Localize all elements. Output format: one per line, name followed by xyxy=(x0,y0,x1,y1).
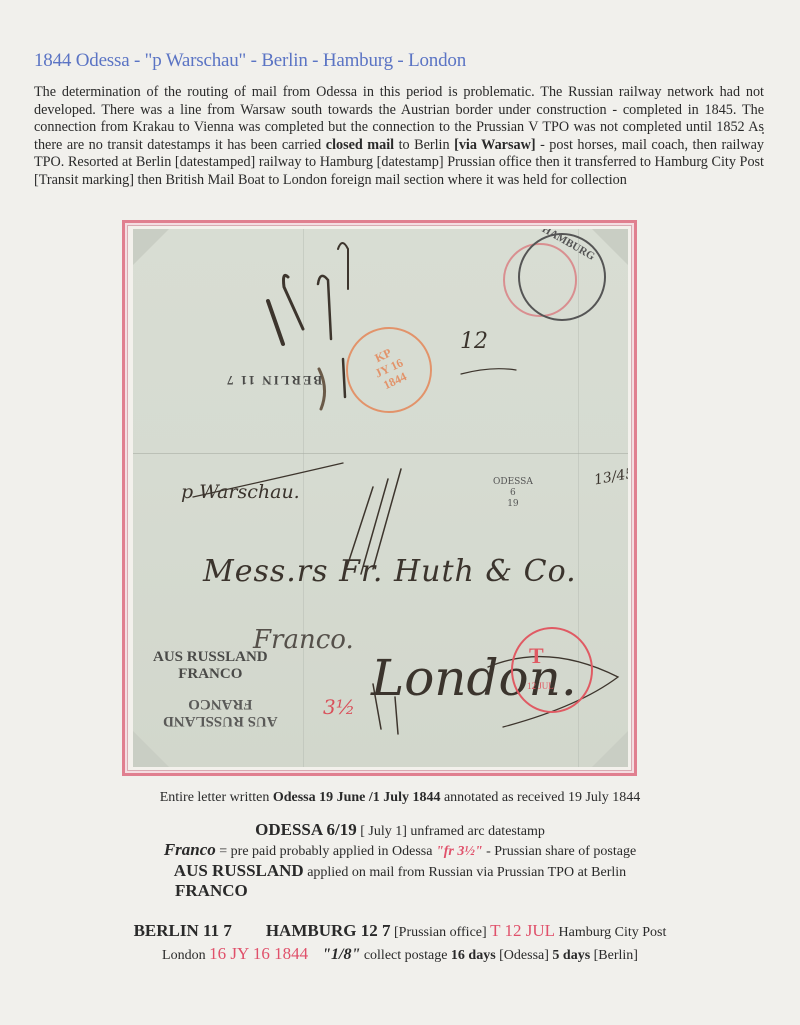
transit-stamp-date: 12 JUL xyxy=(527,681,554,691)
cap1-text-1: Entire letter written xyxy=(160,790,273,805)
berlin-datestamp: BERLIN 11 7 xyxy=(225,372,322,388)
odessa-arc-datestamp: ODESSA 6 19 xyxy=(493,477,533,510)
cap7-days-odessa: 16 days xyxy=(451,948,496,963)
caption-line-1: Entire letter written Odessa 19 June /1 … xyxy=(0,790,800,806)
aus-russland-inverted-handstamp: AUS RUSSLAND FRANCO xyxy=(163,695,278,729)
aus-russland-handstamp: AUS RUSSLAND FRANCO xyxy=(153,649,268,683)
hamburg-datestamp: HAMBURG xyxy=(518,233,606,321)
charge-annotation: 12 xyxy=(460,329,488,354)
odessa-stamp-day: 6 xyxy=(493,488,533,499)
cap7-days-berlin: 5 days xyxy=(552,948,590,963)
cap2-bold: ODESSA 6/19 xyxy=(255,820,357,839)
odessa-stamp-month: 19 xyxy=(493,499,533,510)
cap1-bold: Odessa 19 June /1 July 1844 xyxy=(273,790,441,805)
transit-stamp-letter: T xyxy=(529,643,544,669)
cap5-bold: FRANCO xyxy=(175,881,248,900)
red-rate-annotation: 3½ xyxy=(323,695,355,719)
cap4-text: applied on mail from Russian via Prussia… xyxy=(304,865,627,880)
cap7-text-4: [Berlin] xyxy=(590,948,638,963)
cap3-franco: Franco xyxy=(164,840,216,859)
cap2-text: [ July 1] unframed arc datestamp xyxy=(357,824,545,839)
london-kp-datestamp: KP JY 16 1844 xyxy=(346,327,432,413)
stray-dot xyxy=(762,132,764,134)
cap1-text-2: annotated as received 19 July 1844 xyxy=(440,790,640,805)
aus-russland-inv-line1: AUS RUSSLAND xyxy=(163,712,278,729)
aus-russland-inv-line2: FRANCO xyxy=(163,695,278,712)
cap7-text-3: [Odessa] xyxy=(496,948,553,963)
hamburg-city-post-transit-stamp: T 12 JUL xyxy=(511,627,593,713)
caption-line-7: London 16 JY 16 1844"1/8" collect postag… xyxy=(0,944,800,964)
aus-russland-line1: AUS RUSSLAND xyxy=(153,649,268,666)
route-annotation-warschau: p Warschau. xyxy=(181,481,300,503)
cap6-red-transit: T 12 JUL xyxy=(490,921,555,940)
letter-exhibit-frame: BERLIN 11 7 KP JY 16 1844 HAMBURG 12 13/… xyxy=(122,220,637,776)
intro-bold-via-warsaw: [via Warsaw] xyxy=(454,137,535,153)
caption-line-6: BERLIN 11 7HAMBURG 12 7 [Prussian office… xyxy=(0,921,800,941)
cap3-text-2: - Prussian share of postage xyxy=(483,844,637,859)
cap6-text-2: Hamburg City Post xyxy=(555,925,666,940)
caption-line-2: ODESSA 6/19 [ July 1] unframed arc dates… xyxy=(0,820,800,840)
aus-russland-line2: FRANCO xyxy=(153,666,268,683)
cap3-text-1: = pre paid probably applied in Odessa xyxy=(216,844,436,859)
cap7-red-london: 16 JY 16 1844 xyxy=(209,944,308,963)
odessa-stamp-name: ODESSA xyxy=(493,477,533,488)
intro-bold-closed-mail: closed mail xyxy=(326,137,394,153)
caption-line-5: FRANCO xyxy=(175,881,248,901)
cap4-bold: AUS RUSSLAND xyxy=(174,861,304,880)
cap6-hamburg: HAMBURG 12 7 xyxy=(266,921,391,940)
cap6-berlin: BERLIN 11 7 xyxy=(134,921,232,940)
cap6-text-1: [Prussian office] xyxy=(391,925,491,940)
address-line-1: Mess.rs Fr. Huth & Co. xyxy=(203,554,577,589)
franco-manuscript: Franco. xyxy=(253,625,354,655)
cap7-text-1: London xyxy=(162,948,209,963)
intro-text-2: to Berlin xyxy=(394,137,454,153)
cap3-red-rate: "fr 3½" xyxy=(436,844,483,859)
letter-paper: BERLIN 11 7 KP JY 16 1844 HAMBURG 12 13/… xyxy=(133,229,628,767)
caption-line-3: Franco = pre paid probably applied in Od… xyxy=(0,840,800,860)
page-title: 1844 Odessa - "p Warschau" - Berlin - Ha… xyxy=(34,50,466,72)
cap7-text-2: collect postage xyxy=(360,948,451,963)
intro-paragraph: The determination of the routing of mail… xyxy=(34,84,764,190)
cap7-collect-rate: "1/8" xyxy=(322,946,360,963)
caption-line-4: AUS RUSSLAND applied on mail from Russia… xyxy=(0,861,800,881)
